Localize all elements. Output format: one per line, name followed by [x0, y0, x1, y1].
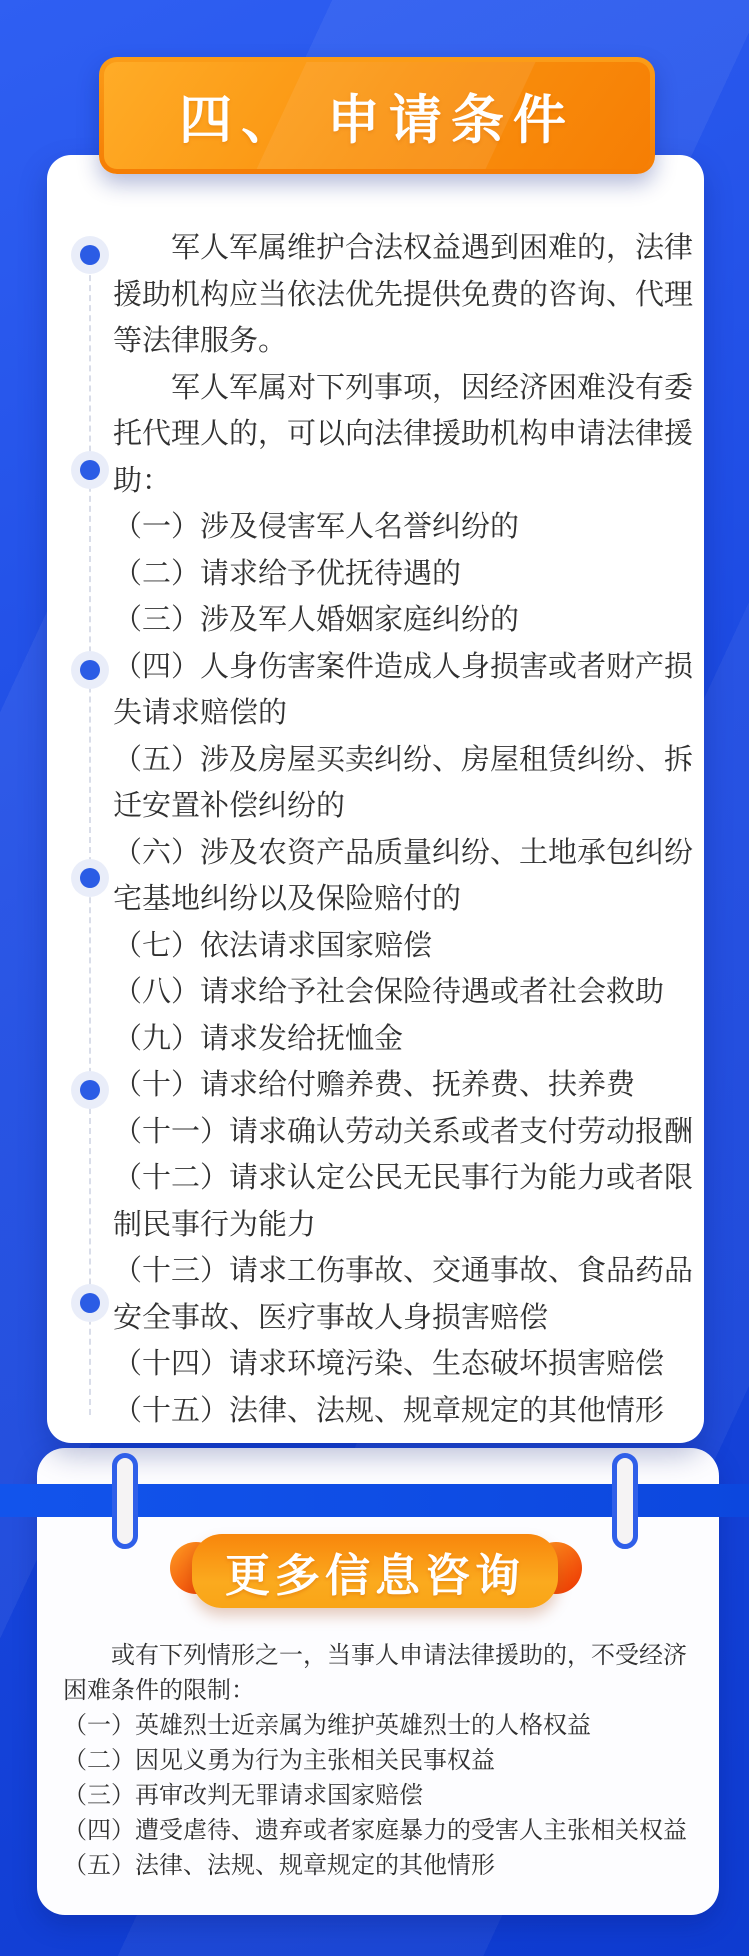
- condition-item: （七）依法请求国家赔偿: [113, 923, 693, 970]
- conditions-text-block: 军人军属维护合法权益遇到困难的，法律援助机构应当依法优先提供免费的咨询、代理等法…: [113, 225, 693, 1434]
- timeline-dot: [71, 236, 109, 274]
- condition-item: （十一）请求确认劳动关系或者支付劳动报酬: [113, 1109, 693, 1156]
- section-title: 四、 申请条件: [179, 78, 575, 154]
- condition-item: （一）涉及侵害军人名誉纠纷的: [113, 504, 693, 551]
- exception-item: （一）英雄烈士近亲属为维护英雄烈士的人格权益: [63, 1708, 699, 1743]
- ribbon-banner-body: 更多信息咨询: [192, 1534, 558, 1608]
- binder-ring-left: [112, 1453, 138, 1549]
- section-title-banner-inner: 四、 申请条件: [104, 62, 650, 169]
- timeline-dot-core: [80, 1080, 100, 1100]
- binder-ring-right: [612, 1453, 638, 1549]
- condition-item: （三）涉及军人婚姻家庭纠纷的: [113, 597, 693, 644]
- timeline-dot-core: [80, 868, 100, 888]
- condition-item: （六）涉及农资产品质量纠纷、土地承包纠纷宅基地纠纷以及保险赔付的: [113, 830, 693, 923]
- condition-item: （五）涉及房屋买卖纠纷、房屋租赁纠纷、拆迁安置补偿纠纷的: [113, 737, 693, 830]
- ribbon-title: 更多信息咨询: [225, 1539, 525, 1604]
- exception-item: （三）再审改判无罪请求国家赔偿: [63, 1778, 699, 1813]
- condition-item: （十）请求给付赡养费、抚养费、扶养费: [113, 1062, 693, 1109]
- ribbon-banner: 更多信息咨询: [170, 1534, 582, 1612]
- more-info-intro: 或有下列情形之一，当事人申请法律援助的，不受经济困难条件的限制：: [63, 1638, 699, 1708]
- condition-item: （十四）请求环境污染、生态破坏损害赔偿: [113, 1341, 693, 1388]
- exception-item: （五）法律、法规、规章规定的其他情形: [63, 1848, 699, 1883]
- timeline-dot: [71, 1071, 109, 1109]
- timeline-dot: [71, 651, 109, 689]
- timeline-dot: [71, 1284, 109, 1322]
- condition-item: （八）请求给予社会保险待遇或者社会救助: [113, 969, 693, 1016]
- condition-item: （九）请求发给抚恤金: [113, 1016, 693, 1063]
- poster-page: 四、 申请条件 军人军属维护合法权益遇到困难的，法律援助机构应当依法优先提供免费…: [0, 0, 749, 1956]
- exception-item: （四）遭受虐待、遗弃或者家庭暴力的受害人主张相关权益: [63, 1813, 699, 1848]
- intro-paragraph: 军人军属对下列事项，因经济困难没有委托代理人的，可以向法律援助机构申请法律援助：: [113, 365, 693, 505]
- more-info-text-block: 或有下列情形之一，当事人申请法律援助的，不受经济困难条件的限制： （一）英雄烈士…: [63, 1638, 699, 1883]
- condition-item: （二）请求给予优抚待遇的: [113, 551, 693, 598]
- timeline-dot-core: [80, 245, 100, 265]
- timeline-dashed-line: [89, 255, 91, 1415]
- condition-item: （十五）法律、法规、规章规定的其他情形: [113, 1388, 693, 1435]
- condition-item: （十二）请求认定公民无民事行为能力或者限制民事行为能力: [113, 1155, 693, 1248]
- timeline-dot: [71, 451, 109, 489]
- exception-item: （二）因见义勇为行为主张相关民事权益: [63, 1743, 699, 1778]
- section-title-banner: 四、 申请条件: [99, 57, 655, 174]
- timeline-dot-core: [80, 460, 100, 480]
- conditions-card: 军人军属维护合法权益遇到困难的，法律援助机构应当依法优先提供免费的咨询、代理等法…: [47, 155, 704, 1443]
- intro-paragraph: 军人军属维护合法权益遇到困难的，法律援助机构应当依法优先提供免费的咨询、代理等法…: [113, 225, 693, 365]
- timeline-dot-core: [80, 660, 100, 680]
- condition-item: （十三）请求工伤事故、交通事故、食品药品安全事故、医疗事故人身损害赔偿: [113, 1248, 693, 1341]
- timeline-dot: [71, 859, 109, 897]
- timeline-dot-core: [80, 1293, 100, 1313]
- condition-item: （四）人身伤害案件造成人身损害或者财产损失请求赔偿的: [113, 644, 693, 737]
